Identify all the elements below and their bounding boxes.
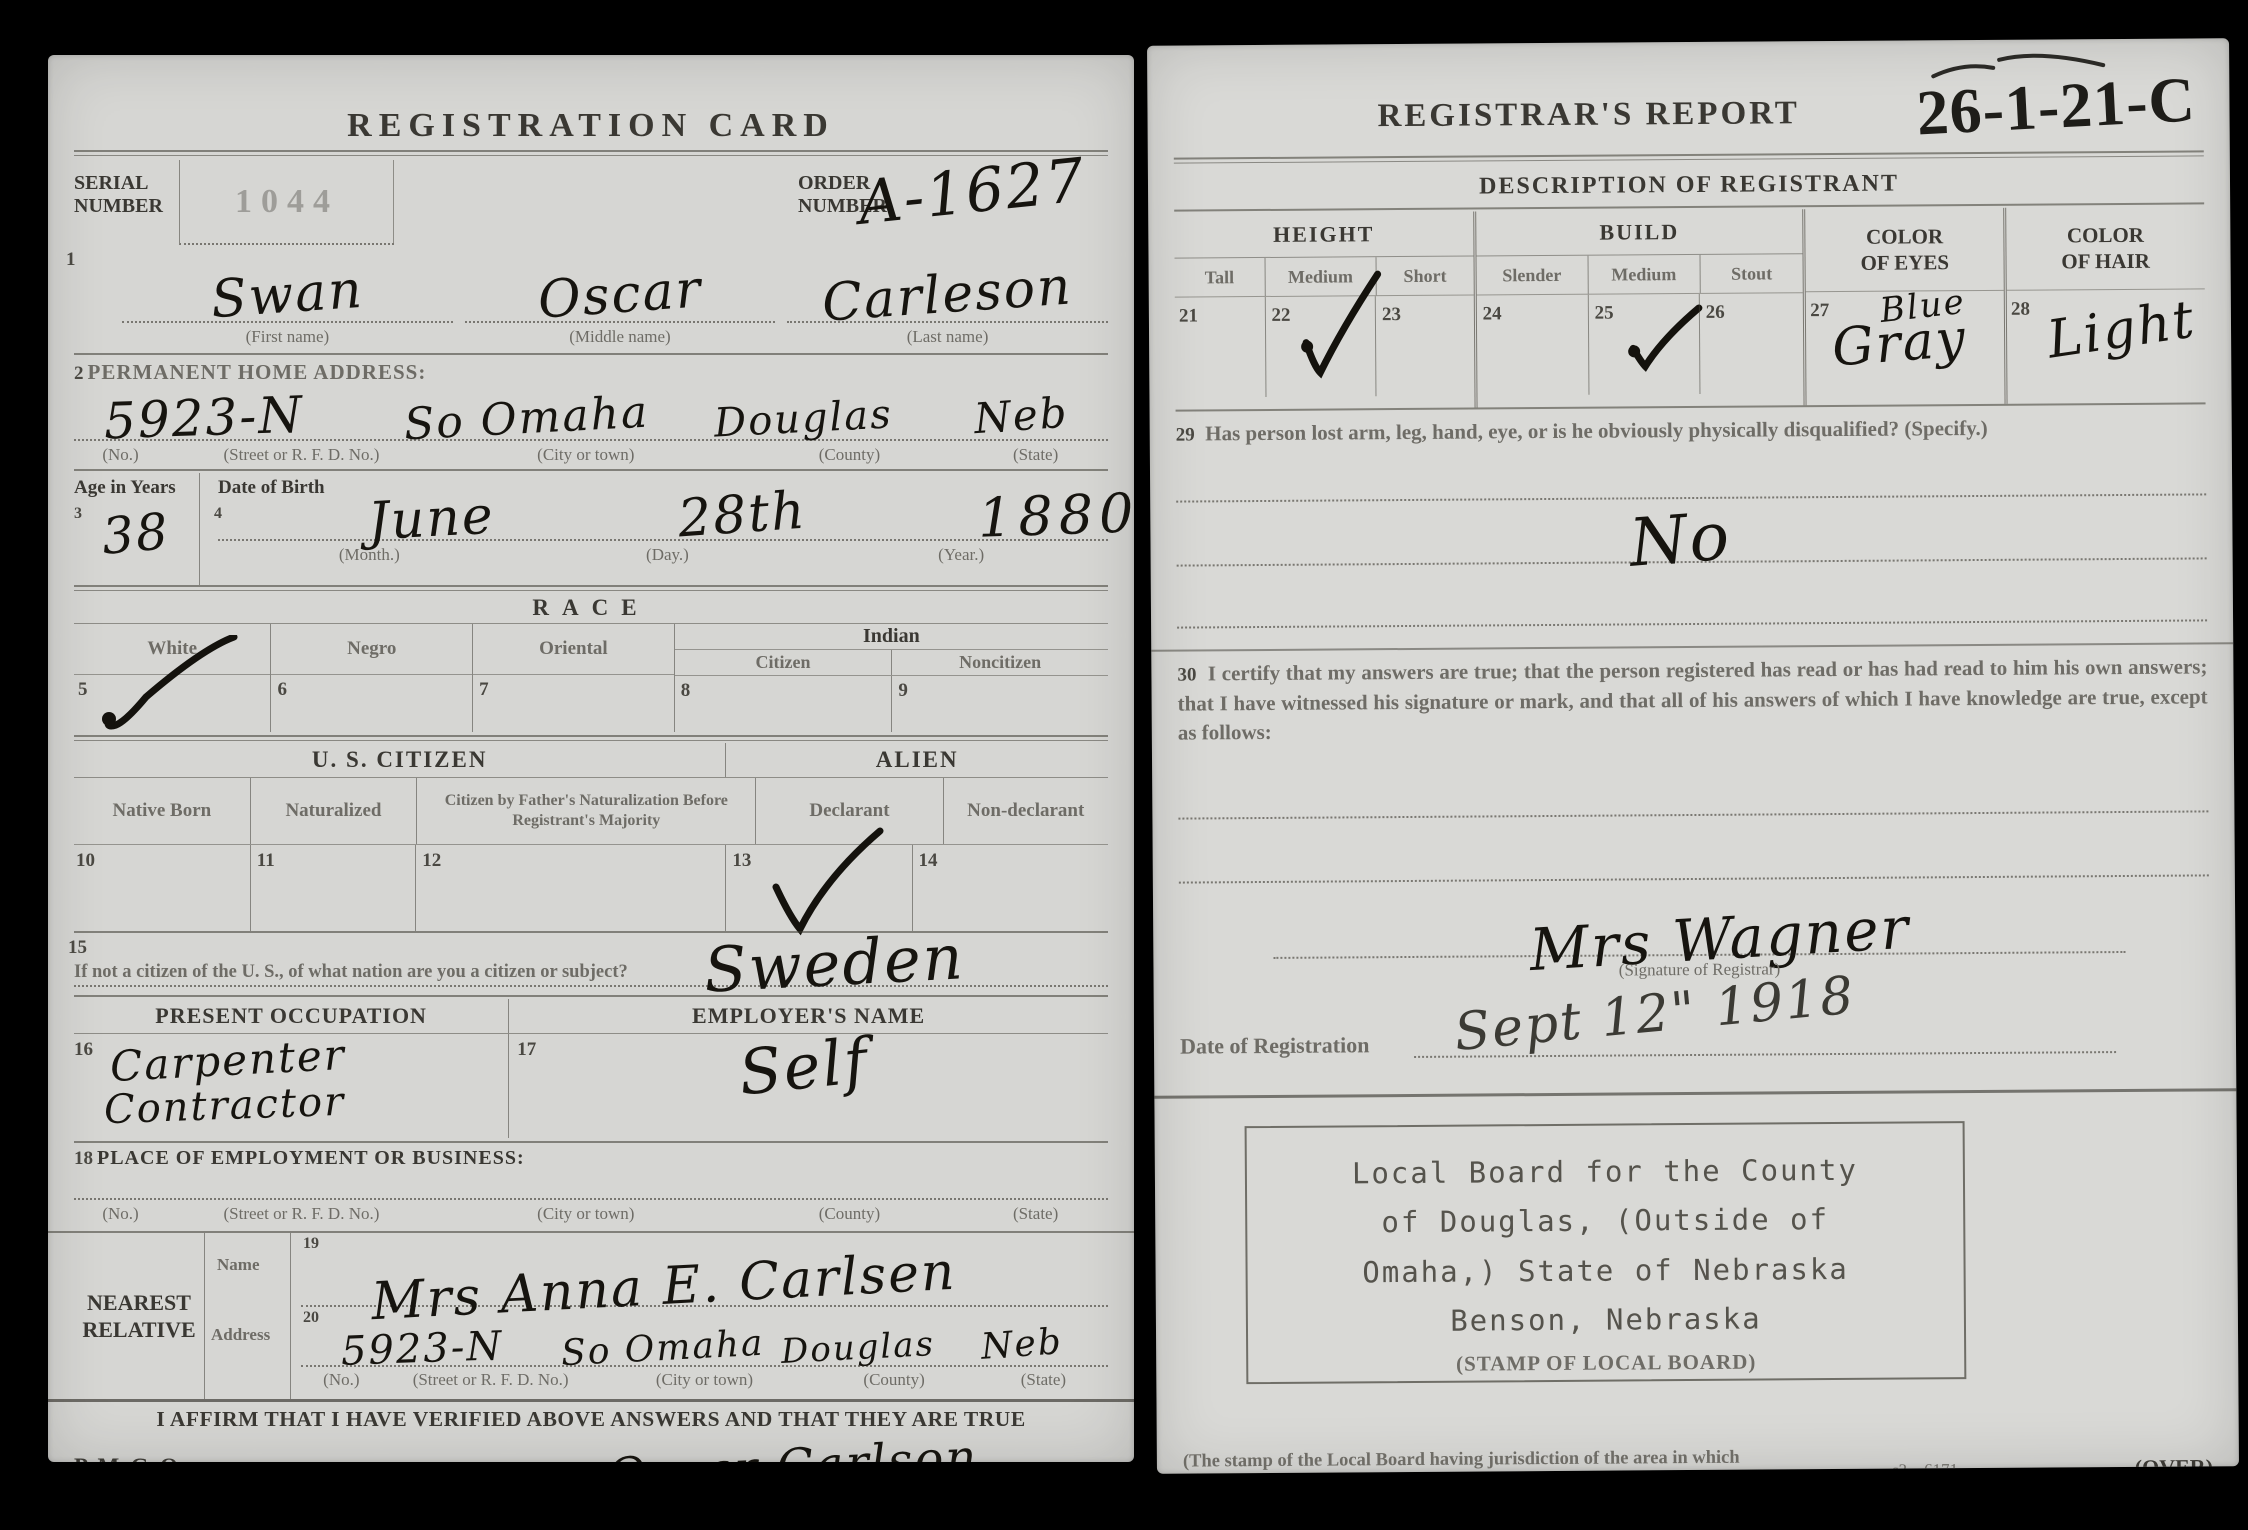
dob-sublabel-year: (Year.)	[814, 545, 1108, 565]
board-number-stamp: 26-1-21-C	[1915, 62, 2198, 150]
last-name-value: Carleson	[821, 260, 1075, 329]
address-sublabel-county: (County)	[736, 445, 963, 465]
line-number-20: 20	[303, 1309, 319, 1327]
address-sublabel-city: (City or town)	[436, 445, 736, 465]
place-of-employment-section: 18 PLACE OF EMPLOYMENT OR BUSINESS: (No.…	[48, 1145, 1134, 1231]
serial-number-box: 1044	[179, 160, 394, 245]
employment-sublabel-city: (City or town)	[436, 1204, 736, 1224]
stamp-of-local-board-caption: (STAMP OF LOCAL BOARD)	[1248, 1348, 1964, 1378]
height-medium-cell: 22	[1264, 296, 1375, 397]
height-number-22: 22	[1271, 305, 1290, 327]
citizen-naturalized-label: Naturalized	[250, 778, 416, 844]
citizen-number-14: 14	[919, 850, 938, 872]
line-number-2: 2	[74, 363, 84, 384]
serial-number-stamp: 1044	[180, 160, 394, 243]
build-medium-label: Medium	[1587, 255, 1699, 294]
height-medium-label: Medium	[1264, 257, 1376, 296]
local-board-stamp-box: Local Board for the County of Douglas, (…	[1245, 1121, 1967, 1384]
question-30-section: 30 I certify that my answers are true; t…	[1151, 642, 2234, 760]
height-short-label: Short	[1376, 257, 1474, 296]
occupation-title: PRESENT OCCUPATION	[74, 999, 508, 1033]
serial-number-label: SERIALNUMBER	[74, 160, 179, 245]
alien-declarant-cell: 13	[725, 845, 911, 931]
exceptions-blank-lines	[1152, 752, 2235, 888]
line-number-3: 3	[74, 505, 82, 523]
race-section: RACE White 5 Negro 6 Oriental	[48, 593, 1134, 735]
relative-sublabel-city: (City or town)	[600, 1370, 810, 1390]
registrars-report-header: REGISTRAR'S REPORT 26-1-21-C	[1147, 38, 2230, 158]
first-name-label: (First name)	[122, 327, 453, 347]
line-number-18: 18	[74, 1148, 93, 1169]
hair-group: COLOROF HAIR 28 Light	[2003, 206, 2205, 403]
race-number-5: 5	[78, 679, 88, 701]
date-of-registration-section: Date of Registration Sept 12" 1918	[1154, 992, 2237, 1096]
citizen-number-11: 11	[257, 850, 275, 872]
scanned-draft-card-page: { "background_color": "#000000", "ink_co…	[0, 0, 2248, 1530]
hair-number-28: 28	[2011, 299, 2030, 321]
race-oriental-label: Oriental	[473, 624, 674, 674]
height-number-23: 23	[1382, 304, 1401, 326]
build-number-25: 25	[1595, 303, 1614, 325]
race-col-indian-group: Indian Citizen Noncitizen 8 9	[674, 624, 1108, 732]
home-address-label: PERMANENT HOME ADDRESS:	[88, 360, 427, 384]
question-29-section: 29 Has person lost arm, leg, hand, eye, …	[1150, 406, 2234, 650]
address-sublabel-state: (State)	[963, 445, 1108, 465]
address-sublabel-street: (Street or R. F. D. No.)	[167, 445, 436, 465]
race-negro-label: Negro	[271, 624, 472, 674]
occupation-cell: 16 Carpenter Contractor	[74, 1034, 508, 1138]
age-label: Age in Years	[74, 473, 199, 499]
nearest-relative-label: NEARESTRELATIVE	[74, 1233, 204, 1399]
eyes-value-gray: Gray	[1831, 312, 1969, 374]
serial-order-row: SERIALNUMBER 1044 ORDERNUMBER A-1627	[48, 160, 1134, 245]
registration-card: REGISTRATION CARD SERIALNUMBER 1044 ORDE…	[48, 55, 1134, 1462]
dob-sublabel-day: (Day.)	[521, 545, 815, 565]
age-value: 38	[100, 506, 172, 562]
hair-value: Light	[2044, 293, 2199, 366]
height-tall-label: Tall	[1175, 258, 1265, 297]
build-number-24: 24	[1483, 303, 1502, 325]
height-number-21: 21	[1179, 305, 1198, 327]
relative-address-county: Douglas	[780, 1327, 936, 1369]
divider-rule-4	[48, 735, 1134, 743]
us-citizen-title: U. S. CITIZEN	[74, 743, 725, 777]
right-form-code: c3—6171	[1821, 1444, 2027, 1474]
eyes-group: COLOROF EYES 27 Blue Gray	[1802, 208, 2004, 405]
relative-address-city: So Omaha	[560, 1326, 765, 1373]
address-county-value: Douglas	[713, 394, 894, 443]
hair-title: COLOROF HAIR	[2006, 206, 2204, 289]
occupation-value-line2: Contractor	[103, 1082, 345, 1130]
race-number-7: 7	[479, 679, 489, 701]
description-title-row: DESCRIPTION OF REGISTRANT	[1148, 160, 2230, 210]
occupation-section: PRESENT OCCUPATION EMPLOYER'S NAME 16 Ca…	[48, 999, 1134, 1141]
nation-question-text: If not a citizen of the U. S., of what n…	[74, 962, 628, 983]
alien-title: ALIEN	[725, 743, 1108, 777]
race-white-label: White	[74, 624, 270, 674]
order-number-cell: A-1627	[918, 160, 1108, 245]
line-number-1: 1	[66, 249, 76, 271]
race-indian-label: Indian	[675, 624, 1108, 649]
pmgo-form-label: P. M. G. O.Form No. 1 (Red)	[74, 1453, 246, 1462]
dob-year-value: 1880	[977, 486, 1134, 546]
local-board-stamp-section: Local Board for the County of Douglas, (…	[1154, 1088, 2238, 1436]
employment-sublabel-no: (No.)	[74, 1204, 167, 1224]
right-over-label: (OVER)	[2027, 1442, 2213, 1473]
address-no-value: 5923-N	[103, 390, 305, 447]
question-30-number: 30	[1177, 664, 1196, 685]
registration-card-header: REGISTRATION CARD	[48, 55, 1134, 150]
citizen-number-12: 12	[422, 850, 441, 872]
height-group: HEIGHT Tall Medium Short 21 22 23	[1174, 212, 1474, 410]
race-number-8: 8	[681, 680, 691, 702]
dob-month-value: June	[367, 490, 496, 549]
race-number-9: 9	[898, 680, 908, 702]
relative-sublabel-state: (State)	[979, 1370, 1108, 1390]
build-slender-label: Slender	[1476, 256, 1587, 295]
build-medium-cell: 25	[1587, 294, 1699, 395]
race-col-negro: Negro 6	[270, 624, 472, 732]
left-card-footer: P. M. G. O.Form No. 1 (Red) c3—6171 Swan…	[48, 1437, 1134, 1462]
first-name-value: Swan	[209, 264, 365, 327]
race-indian-noncitizen-label: Noncitizen	[891, 650, 1108, 675]
citizen-native-born-label: Native Born	[74, 778, 250, 844]
description-table: HEIGHT Tall Medium Short 21 22 23 B	[1148, 206, 2231, 410]
question-29-number: 29	[1176, 424, 1195, 445]
line-number-17: 17	[517, 1039, 536, 1061]
build-title: BUILD	[1476, 209, 1803, 255]
relative-sublabel-county: (County)	[809, 1370, 978, 1390]
race-title: RACE	[74, 593, 1108, 623]
alien-declarant-label: Declarant	[755, 778, 942, 844]
relative-values: 19 Mrs Anna E. Carlsen 20 5923-N So Omah…	[290, 1233, 1108, 1399]
race-indian-citizen-label: Citizen	[675, 650, 892, 675]
address-state-value: Neb	[973, 392, 1070, 440]
registration-card-title: REGISTRATION CARD	[74, 107, 1108, 145]
age-dob-section: Age in Years 3 38 Date of Birth 4 June 2…	[48, 473, 1134, 585]
relative-address-state: Neb	[980, 1324, 1064, 1366]
home-address-section: 2 PERMANENT HOME ADDRESS: 5923-N So Omah…	[48, 357, 1134, 469]
relative-name-label: Name	[217, 1255, 259, 1275]
question-29-answer: No	[1627, 503, 1733, 577]
alien-nondeclarant-label: Non-declarant	[943, 778, 1109, 844]
employer-cell: 17 Self	[508, 1034, 1108, 1138]
line-number-16: 16	[74, 1039, 93, 1061]
height-title: HEIGHT	[1174, 212, 1473, 258]
citizen-father-label: Citizen by Father's Naturalization Befor…	[416, 778, 755, 844]
address-city-value: So Omaha	[403, 391, 650, 448]
line-number-19: 19	[303, 1235, 319, 1253]
nation-question-section: 15 If not a citizen of the U. S., of wha…	[48, 935, 1134, 995]
employer-value: Self	[736, 1029, 872, 1104]
relative-address-label: Address	[211, 1325, 270, 1345]
registrant-signature: Swan Oscar Carlson	[447, 1433, 979, 1462]
race-col-oriental: Oriental 7	[472, 624, 674, 732]
nation-answer-value: Sweden	[703, 926, 966, 1002]
citizen-number-13: 13	[732, 850, 751, 872]
build-number-26: 26	[1706, 302, 1725, 324]
right-card-footer: (The stamp of the Local Board having jur…	[1157, 1428, 2239, 1474]
relative-address-no: 5923-N	[340, 1326, 504, 1372]
date-of-registration-label: Date of Registration	[1180, 1032, 1370, 1059]
employment-sublabel-county: (County)	[736, 1204, 963, 1224]
eyes-number-27: 27	[1810, 300, 1829, 322]
citizen-number-10: 10	[76, 850, 95, 872]
build-medium-checkmark	[1623, 304, 1703, 375]
affirmation-text: I AFFIRM THAT I HAVE VERIFIED ABOVE ANSW…	[156, 1407, 1025, 1432]
relative-row-labels: Name Address	[204, 1233, 290, 1399]
middle-name-value: Oscar	[536, 263, 704, 326]
local-board-stamp-text: Local Board for the County of Douglas, (…	[1247, 1145, 1964, 1347]
name-row: 1 Swan Oscar Carleson (First name) (Midd…	[48, 245, 1134, 353]
age-cell: Age in Years 3 38	[74, 473, 199, 585]
nearest-relative-section: NEARESTRELATIVE Name Address 19 Mrs Anna…	[48, 1231, 1134, 1399]
place-of-employment-label: PLACE OF EMPLOYMENT OR BUSINESS:	[97, 1147, 525, 1169]
employment-sublabel-state: (State)	[963, 1204, 1108, 1224]
dob-cell: Date of Birth 4 June 28th 1880 (Month.) …	[199, 473, 1108, 585]
race-col-white: White 5	[74, 624, 270, 732]
stamp-instruction-text: (The stamp of the Local Board having jur…	[1183, 1445, 1822, 1474]
description-title: DESCRIPTION OF REGISTRANT	[1479, 170, 1899, 200]
race-number-6: 6	[277, 679, 287, 701]
registrars-report-card: REGISTRAR'S REPORT 26-1-21-C DESCRIPTION…	[1147, 38, 2239, 1474]
eyes-title: COLOROF EYES	[1805, 208, 2003, 291]
employment-sublabel-street: (Street or R. F. D. No.)	[167, 1204, 436, 1224]
dob-day-value: 28th	[676, 485, 808, 546]
divider-rule-3	[48, 585, 1134, 593]
build-stout-label: Stout	[1699, 254, 1803, 293]
middle-name-label: (Middle name)	[465, 327, 775, 347]
employer-title: EMPLOYER'S NAME	[508, 999, 1108, 1033]
registrars-report-title: REGISTRAR'S REPORT	[1377, 95, 1800, 135]
question-30-text: 30 I certify that my answers are true; t…	[1177, 644, 2208, 748]
build-group: BUILD Slender Medium Stout 24 25 26	[1473, 209, 1804, 407]
citizen-alien-section: U. S. CITIZEN ALIEN Native Born Naturali…	[48, 743, 1134, 931]
